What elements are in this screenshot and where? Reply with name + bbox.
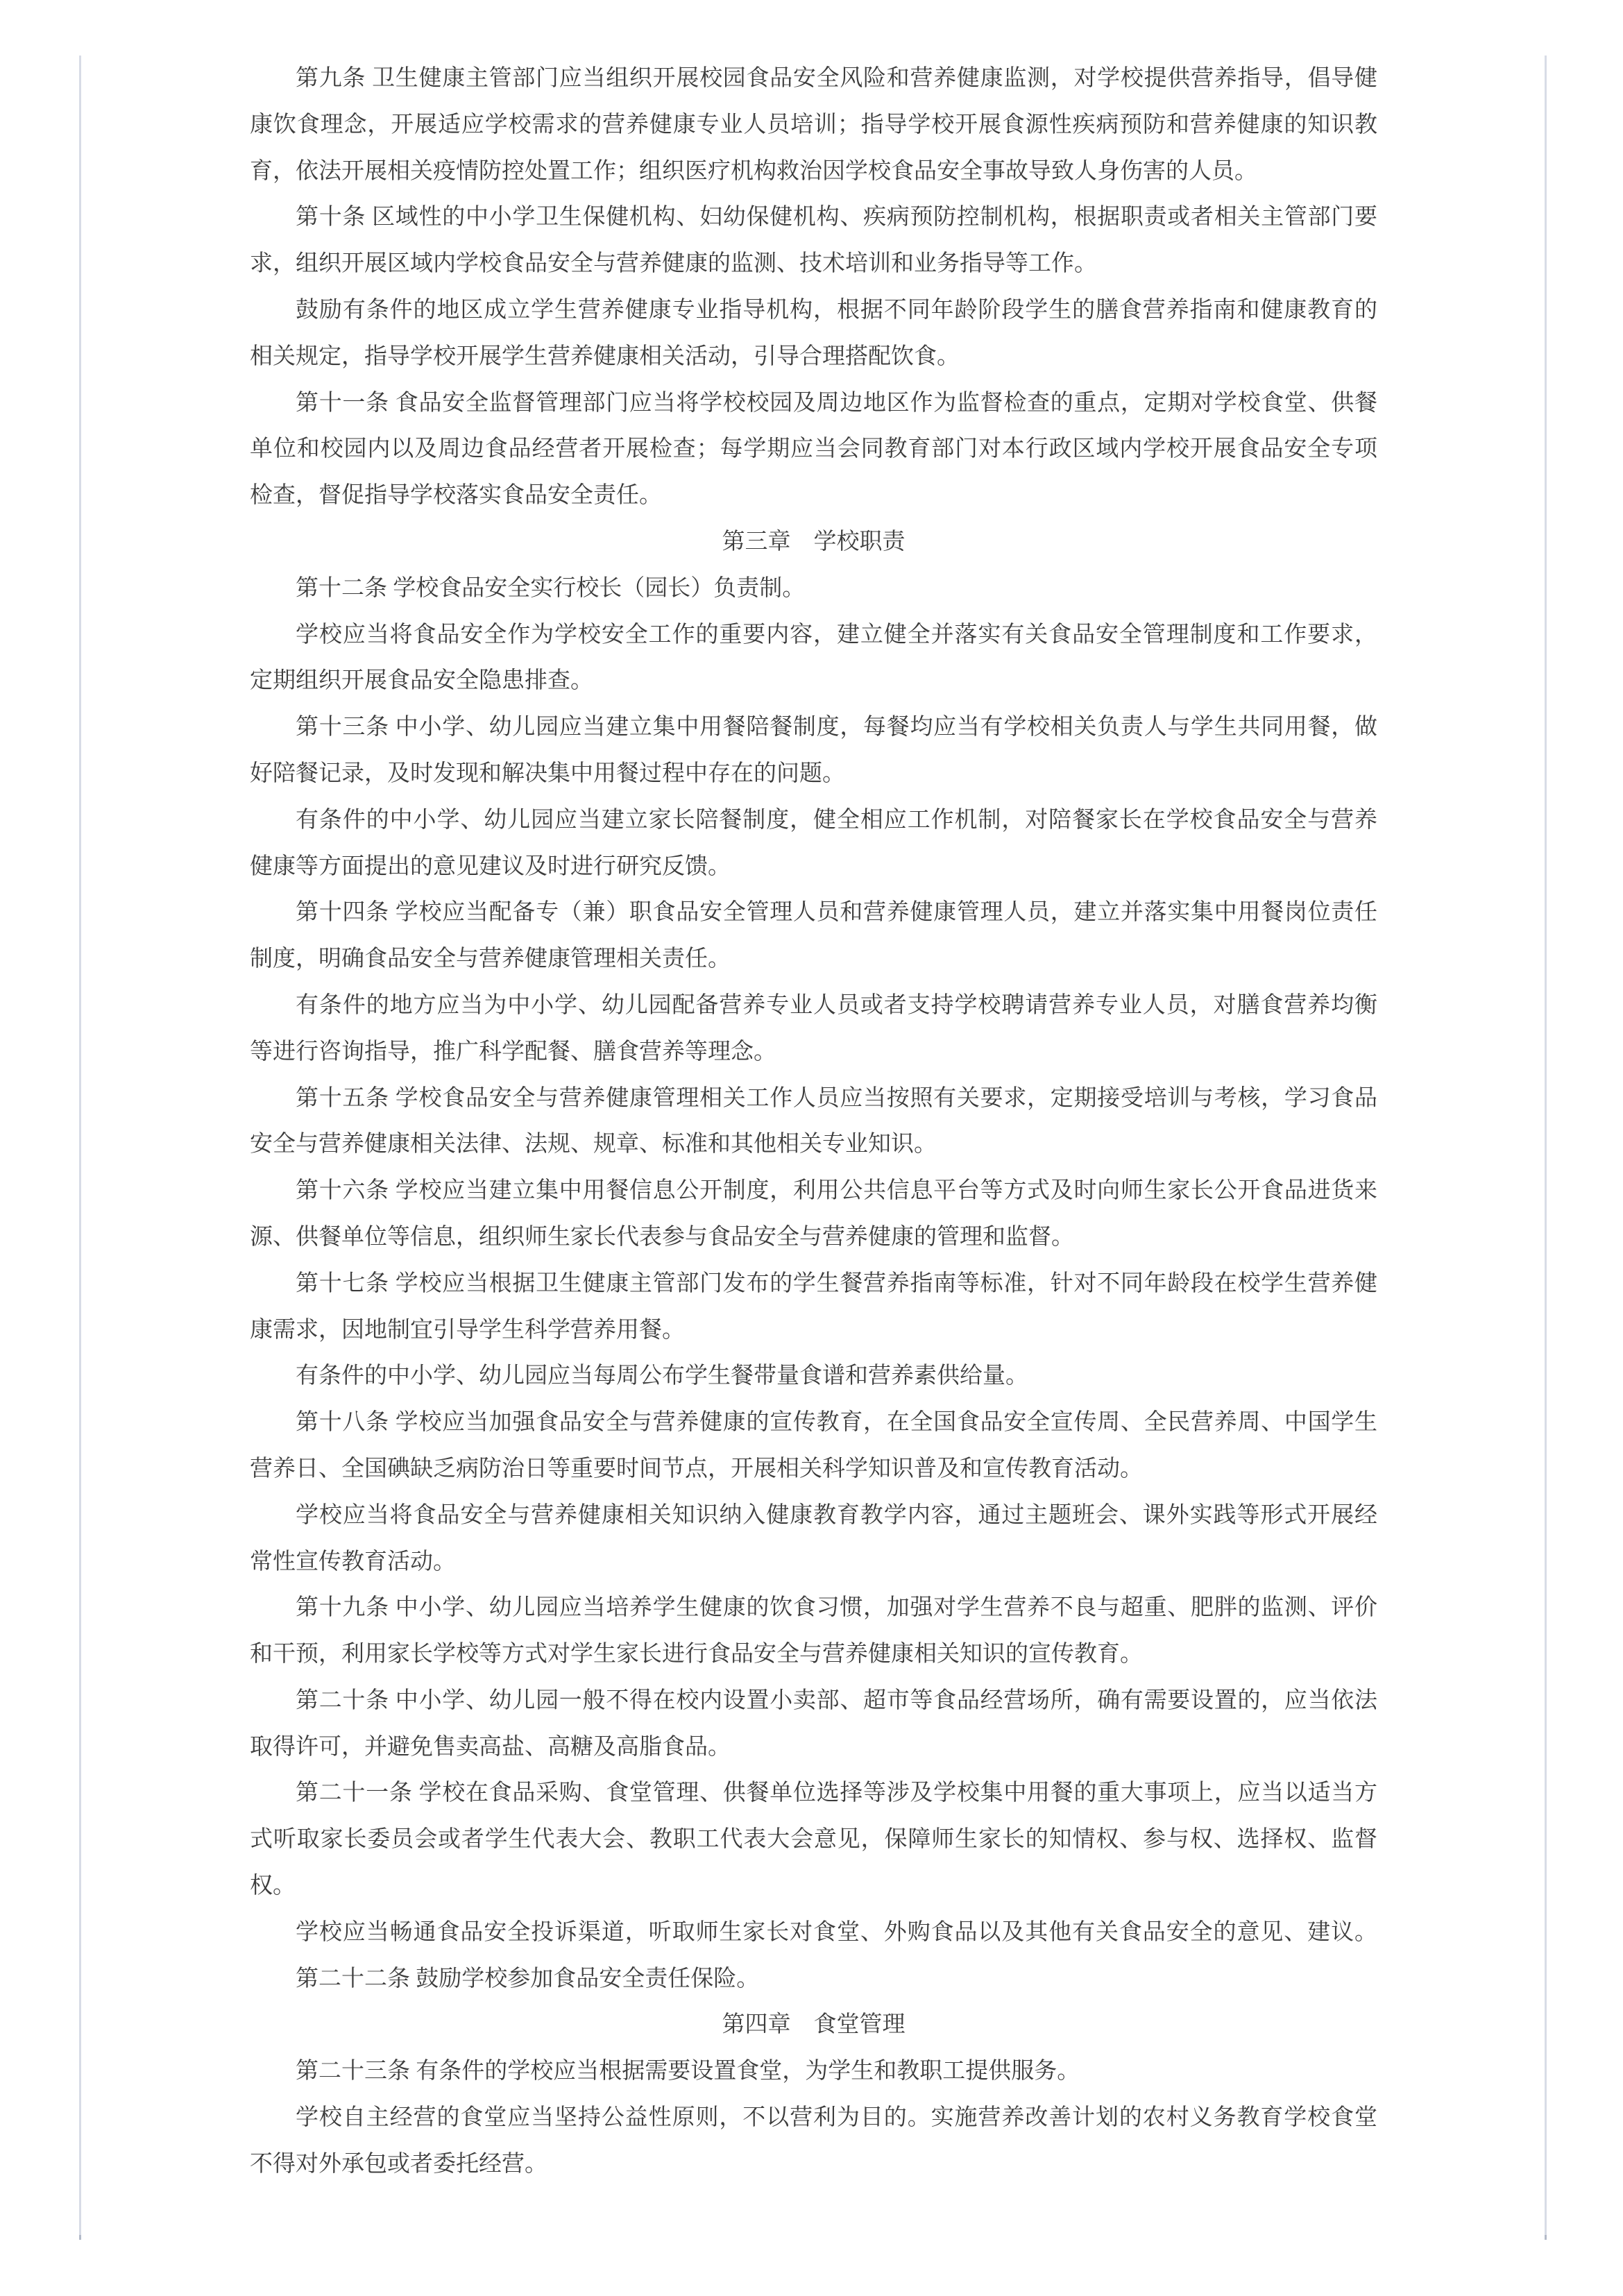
text-line: 定期组织开展食品安全隐患排查。: [250, 658, 1377, 704]
text-line: 第十七条 学校应当根据卫生健康主管部门发布的学生餐营养指南等标准，针对不同年龄段…: [250, 1261, 1377, 1307]
document-body: 第九条 卫生健康主管部门应当组织开展校园食品安全风险和营养健康监测，对学校提供营…: [250, 56, 1377, 2188]
text-line: 安全与营养健康相关法律、法规、规章、标准和其他相关专业知识。: [250, 1121, 1377, 1168]
text-line: 有条件的地方应当为中小学、幼儿园配备营养专业人员或者支持学校聘请营养专业人员，对…: [250, 983, 1377, 1029]
text-line: 学校应当将食品安全作为学校安全工作的重要内容，建立健全并落实有关食品安全管理制度…: [250, 612, 1377, 658]
text-line: 第十二条 学校食品安全实行校长（园长）负责制。: [250, 566, 1377, 612]
text-line: 第十一条 食品安全监督管理部门应当将学校校园及周边地区作为监督检查的重点，定期对…: [250, 380, 1377, 427]
text-line: 第二十三条 有条件的学校应当根据需要设置食堂，为学生和教职工提供服务。: [250, 2048, 1377, 2095]
text-line: 有条件的中小学、幼儿园应当每周公布学生餐带量食谱和营养素供给量。: [250, 1353, 1377, 1400]
text-line: 制度，明确食品安全与营养健康管理相关责任。: [250, 936, 1377, 983]
text-line: 学校自主经营的食堂应当坚持公益性原则，不以营利为目的。实施营养改善计划的农村义务…: [250, 2095, 1377, 2141]
text-line: 第十四条 学校应当配备专（兼）职食品安全管理人员和营养健康管理人员，建立并落实集…: [250, 890, 1377, 936]
text-line: 健康等方面提出的意见建议及时进行研究反馈。: [250, 844, 1377, 890]
text-line: 第十五条 学校食品安全与营养健康管理相关工作人员应当按照有关要求，定期接受培训与…: [250, 1075, 1377, 1122]
text-line: 常性宣传教育活动。: [250, 1539, 1377, 1585]
text-line: 康饮食理念，开展适应学校需求的营养健康专业人员培训；指导学校开展食源性疾病预防和…: [250, 102, 1377, 148]
page-left-border: [79, 56, 81, 2240]
text-line: 第十九条 中小学、幼儿园应当培养学生健康的饮食习惯，加强对学生营养不良与超重、肥…: [250, 1585, 1377, 1631]
text-line: 有条件的中小学、幼儿园应当建立家长陪餐制度，健全相应工作机制，对陪餐家长在学校食…: [250, 797, 1377, 844]
text-line: 取得许可，并避免售卖高盐、高糖及高脂食品。: [250, 1724, 1377, 1771]
text-line: 不得对外承包或者委托经营。: [250, 2141, 1377, 2188]
text-line: 学校应当将食品安全与营养健康相关知识纳入健康教育教学内容，通过主题班会、课外实践…: [250, 1493, 1377, 1539]
text-line: 好陪餐记录，及时发现和解决集中用餐过程中存在的问题。: [250, 751, 1377, 797]
text-line: 第十六条 学校应当建立集中用餐信息公开制度，利用公共信息平台等方式及时向师生家长…: [250, 1168, 1377, 1214]
text-line: 第九条 卫生健康主管部门应当组织开展校园食品安全风险和营养健康监测，对学校提供营…: [250, 56, 1377, 102]
text-line: 源、供餐单位等信息，组织师生家长代表参与食品安全与营养健康的管理和监督。: [250, 1214, 1377, 1261]
text-line: 相关规定，指导学校开展学生营养健康相关活动，引导合理搭配饮食。: [250, 334, 1377, 380]
document-page: 第九条 卫生健康主管部门应当组织开展校园食品安全风险和营养健康监测，对学校提供营…: [0, 0, 1623, 2296]
text-line: 第二十一条 学校在食品采购、食堂管理、供餐单位选择等涉及学校集中用餐的重大事项上…: [250, 1770, 1377, 1817]
text-line: 第十条 区域性的中小学卫生保健机构、妇幼保健机构、疾病预防控制机构，根据职责或者…: [250, 194, 1377, 241]
text-line: 式听取家长委员会或者学生代表大会、教职工代表大会意见，保障师生家长的知情权、参与…: [250, 1817, 1377, 1863]
page-right-border: [1545, 56, 1547, 2240]
text-line: 第二十条 中小学、幼儿园一般不得在校内设置小卖部、超市等食品经营场所，确有需要设…: [250, 1678, 1377, 1724]
chapter-heading: 第三章 学校职责: [250, 519, 1377, 566]
text-line: 和干预，利用家长学校等方式对学生家长进行食品安全与营养健康相关知识的宣传教育。: [250, 1631, 1377, 1678]
text-line: 求，组织开展区域内学校食品安全与营养健康的监测、技术培训和业务指导等工作。: [250, 241, 1377, 287]
text-line: 育，依法开展相关疫情防控处置工作；组织医疗机构救治因学校食品安全事故导致人身伤害…: [250, 148, 1377, 195]
text-line: 检查，督促指导学校落实食品安全责任。: [250, 473, 1377, 519]
text-line: 鼓励有条件的地区成立学生营养健康专业指导机构，根据不同年龄阶段学生的膳食营养指南…: [250, 287, 1377, 334]
text-line: 营养日、全国碘缺乏病防治日等重要时间节点，开展相关科学知识普及和宣传教育活动。: [250, 1446, 1377, 1493]
text-line: 康需求，因地制宜引导学生科学营养用餐。: [250, 1307, 1377, 1354]
text-line: 第二十二条 鼓励学校参加食品安全责任保险。: [250, 1956, 1377, 2002]
text-line: 单位和校园内以及周边食品经营者开展检查；每学期应当会同教育部门对本行政区域内学校…: [250, 426, 1377, 473]
text-line: 等进行咨询指导，推广科学配餐、膳食营养等理念。: [250, 1029, 1377, 1075]
text-line: 第十三条 中小学、幼儿园应当建立集中用餐陪餐制度，每餐均应当有学校相关负责人与学…: [250, 704, 1377, 751]
text-line: 学校应当畅通食品安全投诉渠道，听取师生家长对食堂、外购食品以及其他有关食品安全的…: [250, 1910, 1377, 1956]
chapter-heading: 第四章 食堂管理: [250, 2002, 1377, 2048]
text-line: 权。: [250, 1863, 1377, 1910]
text-line: 第十八条 学校应当加强食品安全与营养健康的宣传教育，在全国食品安全宣传周、全民营…: [250, 1400, 1377, 1446]
